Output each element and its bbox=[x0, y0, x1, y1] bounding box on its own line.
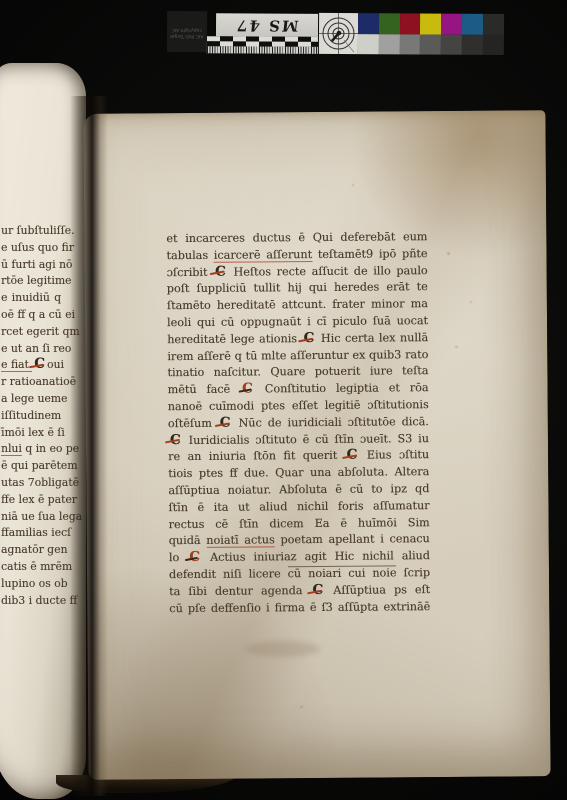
manuscript-line: e fiat Coui bbox=[1, 357, 61, 374]
manuscript-line: catis ē mrēm bbox=[1, 559, 61, 576]
text-segment: quidā bbox=[169, 534, 207, 547]
facing-page-text-fragments: ur ſubſtuliſſe.e uſus quo firū furti agi… bbox=[1, 223, 61, 609]
text-segment: e inuidiū q bbox=[1, 291, 61, 304]
text-segment: catis ē mrēm bbox=[1, 560, 72, 573]
text-segment: defendit niſi licere bbox=[169, 567, 288, 581]
manuscript-line: ē qui parētem bbox=[1, 458, 61, 475]
manuscript-line: re an iniuria ſtōn fit querit C Eius ɔſt… bbox=[168, 447, 429, 466]
text-segment: oſtēſum bbox=[168, 417, 218, 430]
text-segment: tabulas bbox=[166, 249, 213, 262]
manuscript-line: C Iuridicialis ɔſtituto ē cū ſtīn ɔueīt.… bbox=[168, 431, 429, 450]
manuscript-line: e inuidiū q bbox=[1, 290, 61, 307]
manuscript-line: oſtēſum C Nūc de iuridiciali ɔſtitutōe d… bbox=[168, 414, 429, 433]
text-segment: tiois ptes ff due. Quar una abſoluta. Al… bbox=[168, 465, 429, 480]
manuscript-line: iſſitudinem bbox=[1, 408, 61, 425]
calibration-patch bbox=[379, 34, 400, 55]
text-segment: r ratioanatioē bbox=[1, 375, 76, 388]
text-segment: agnatōr gen bbox=[1, 543, 67, 556]
target-maker-label: AIC PhD Target copyright AIC bbox=[167, 11, 207, 52]
text-segment: ū furti agi nō bbox=[1, 258, 72, 271]
facing-page: ur ſubſtuliſſe.e uſus quo firū furti agi… bbox=[0, 63, 86, 799]
target-maker-text: AIC PhD Target copyright AIC bbox=[170, 26, 203, 38]
text-segment: noiatī actus bbox=[206, 534, 274, 549]
paragraph-mark: C bbox=[168, 435, 183, 445]
manuscript-line: oē ff q a cū ei bbox=[1, 307, 61, 324]
calibration-patch bbox=[399, 34, 420, 55]
foxing-spot bbox=[455, 346, 458, 348]
text-segment: Heſtos recte aſſucit de illo paulo bbox=[228, 264, 428, 279]
calibration-patch bbox=[420, 34, 441, 55]
text-segment: lo bbox=[169, 551, 187, 564]
manuscript-line: nanoē cuīmodi ptes eſſet legitiē ɔſtitut… bbox=[168, 397, 429, 416]
text-segment: Hic certa lex nullā bbox=[316, 331, 428, 345]
manuscript-line: a lege ueme bbox=[1, 391, 61, 408]
text-segment: nlui bbox=[1, 442, 22, 456]
manuscript-line: rtōe legitime bbox=[1, 273, 61, 290]
text-segment: irem aſſerē q tū mlte aſſeruntur ex quib… bbox=[167, 348, 428, 363]
manuscript-line: niā ue ſua lega bbox=[1, 509, 61, 526]
text-segment: nanoē cuīmodi ptes eſſet legitiē ɔſtitut… bbox=[168, 398, 429, 413]
foxing-spot bbox=[447, 252, 450, 255]
gray-patch-row bbox=[358, 34, 504, 55]
paragraph-mark: C bbox=[310, 585, 325, 595]
manuscript-line: ur ſubſtuliſſe. bbox=[1, 223, 61, 240]
text-segment: ffamilias iecſ bbox=[1, 526, 71, 539]
calibration-patch bbox=[441, 34, 462, 55]
text-segment: ta ſibi dentur agenda bbox=[169, 584, 310, 598]
manuscript-line: e uſus quo fir bbox=[1, 240, 61, 257]
paragraph-mark: C bbox=[345, 450, 360, 460]
manuscript-line: irem aſſerē q tū mlte aſſeruntur ex quib… bbox=[167, 347, 428, 366]
text-segment: e uſus quo fir bbox=[1, 241, 74, 254]
manuscript-line: cū pſe deffenſio i firma ē ſ3 aſſūpta ex… bbox=[169, 599, 430, 618]
manuscript-line: lo C Actius iniuriaz agit Hic nichil ali… bbox=[169, 548, 430, 567]
text-segment: rectus cē ſtīn dicem Ea ē huīmōi Sim bbox=[169, 516, 430, 531]
calibration-patch bbox=[420, 14, 441, 35]
paragraph-mark: C bbox=[218, 417, 233, 427]
manuscript-line: aſſūptiua noiatur. Abſoluta ē cū to ipz … bbox=[168, 481, 429, 500]
recto-page: et incarceres ductus ē Qui deferebāt eum… bbox=[83, 110, 550, 780]
manuscript-line: tabulas icarcerē aſſerunt teſtamēt9 ipō … bbox=[166, 246, 427, 265]
manuscript-line: ffamilias iecſ bbox=[1, 525, 61, 542]
paragraph-mark: C bbox=[213, 266, 228, 276]
shelfmark-label: MS 47 bbox=[216, 13, 318, 37]
text-segment: hereditatē lege ationis bbox=[167, 332, 301, 346]
manuscript-line: hereditatē lege ationis C Hic certa lex … bbox=[167, 330, 428, 349]
text-segment: Eius ɔſtitu bbox=[359, 448, 429, 462]
text-segment: a lege ueme bbox=[1, 392, 67, 405]
text-segment: e fiat bbox=[1, 358, 32, 372]
text-segment: ur ſubſtuliſſe. bbox=[1, 224, 74, 237]
text-segment: Nūc de iuridiciali ɔſtitutōe dicā. bbox=[232, 415, 428, 430]
text-segment: rcet egerit qm bbox=[1, 325, 80, 338]
text-segment: cū pſe deffenſio i firma ē ſ3 aſſūpta ex… bbox=[169, 600, 430, 615]
manuscript-line: quidā noiatī actus poetam apellant i cen… bbox=[169, 531, 430, 550]
calibration-patch bbox=[483, 14, 504, 35]
manuscript-photograph: AIC PhD Target copyright AIC MS 47 bbox=[0, 0, 567, 800]
manuscript-line: tinatio naſcitur. Quare potuerit iure te… bbox=[167, 363, 428, 382]
manuscript-line: īmōi lex ē ſi bbox=[1, 425, 61, 442]
text-segment: mētū facē bbox=[168, 383, 241, 397]
paragraph-mark: C bbox=[32, 359, 47, 369]
manuscript-line: lupino os ob bbox=[1, 576, 61, 593]
text-segment: ſtamēto hereditatē attcunt. frater minor… bbox=[167, 297, 428, 312]
text-segment: ɔſcribit bbox=[167, 265, 214, 278]
calibration-patch bbox=[462, 34, 483, 55]
text-segment: Conſtitutio legiptia et rōa bbox=[255, 381, 429, 395]
calibration-target-strip: AIC PhD Target copyright AIC MS 47 bbox=[0, 0, 567, 62]
foxing-spot bbox=[352, 184, 354, 186]
manuscript-line: ta ſibi dentur agenda C Aſſūptiua ps eſt bbox=[169, 582, 430, 601]
text-segment: Iuridicialis ɔſtituto ē cū ſtīn ɔueīt. S… bbox=[183, 432, 429, 447]
manuscript-line: ū furti agi nō bbox=[1, 257, 61, 274]
manuscript-line: leoli qui cū oppugnaūt i cī piculo ſuā u… bbox=[167, 313, 428, 332]
text-segment: ſtīn ē ita ut aliud nichil foris aſſumat… bbox=[168, 499, 429, 514]
manuscript-line: tiois ptes ff due. Quar una abſoluta. Al… bbox=[168, 464, 429, 483]
text-segment: poſt ſuppliciū tullit hij qui heredes er… bbox=[167, 281, 428, 296]
manuscript-line: e ut an ſi reo bbox=[1, 341, 61, 358]
manuscript-line: r ratioanatioē bbox=[1, 374, 61, 391]
text-segment: oui bbox=[47, 358, 64, 371]
text-segment: ffe lex ē pater bbox=[1, 493, 77, 506]
checker-ruler bbox=[207, 36, 318, 47]
calibration-patch bbox=[358, 13, 379, 34]
manuscript-line: dib3 i ducte ff bbox=[1, 593, 61, 610]
foxing-spot bbox=[300, 706, 303, 708]
text-segment: Actius iniuriaz agit Hic nichil aliud bbox=[202, 549, 430, 564]
calibration-patch bbox=[462, 14, 483, 35]
shelfmark-text: MS 47 bbox=[234, 16, 300, 34]
faint-offset-smudge bbox=[246, 641, 320, 657]
paragraph-mark: C bbox=[187, 552, 202, 562]
manuscript-line: utas 7obligatē bbox=[1, 475, 61, 492]
calibration-patch bbox=[379, 13, 400, 34]
text-segment: re an iniuria ſtōn fit querit bbox=[168, 449, 345, 463]
text-segment: et incarceres ductus ē Qui deferebāt eum bbox=[166, 230, 427, 245]
text-segment: utas 7obligatē bbox=[1, 476, 79, 489]
color-patch-row bbox=[358, 13, 504, 34]
text-segment: q in eo pe bbox=[22, 442, 79, 455]
text-segment: rtōe legitime bbox=[1, 274, 71, 287]
calibration-patch bbox=[358, 34, 379, 55]
manuscript-line: ffe lex ē pater bbox=[1, 492, 61, 509]
manuscript-line: poſt ſuppliciū tullit hij qui heredes er… bbox=[167, 280, 428, 299]
manuscript-line: ſtīn ē ita ut aliud nichil foris aſſumat… bbox=[168, 498, 429, 517]
paragraph-mark: C bbox=[302, 333, 317, 343]
target-maker-line1: AIC PhD Target bbox=[170, 32, 203, 38]
manuscript-line: defendit niſi licere cū noiari cui noie … bbox=[169, 565, 430, 584]
text-segment: iſſitudinem bbox=[1, 409, 61, 422]
text-segment: e ut an ſi reo bbox=[1, 342, 71, 355]
manuscript-line: rcet egerit qm bbox=[1, 324, 61, 341]
text-segment: niā ue ſua lega bbox=[1, 510, 82, 523]
text-segment: oē ff q a cū ei bbox=[1, 308, 75, 321]
text-segment: poetam apellant i cenacu bbox=[275, 532, 430, 546]
focus-rings-svg bbox=[319, 13, 358, 54]
focus-rings-icon bbox=[319, 13, 358, 54]
manuscript-line: ſtamēto hereditatē attcunt. frater minor… bbox=[167, 296, 428, 315]
millimeter-ruler bbox=[207, 46, 318, 54]
manuscript-line: rectus cē ſtīn dicem Ea ē huīmōi Sim bbox=[169, 515, 430, 534]
manuscript-line: et incarceres ductus ē Qui deferebāt eum bbox=[166, 229, 427, 248]
calibration-patch bbox=[400, 13, 421, 34]
text-segment: leoli qui cū oppugnaūt i cī piculo ſuā u… bbox=[167, 314, 428, 329]
text-segment: tinatio naſcitur. Quare potuerit iure te… bbox=[167, 364, 428, 379]
text-block: et incarceres ductus ē Qui deferebāt eum… bbox=[166, 229, 430, 617]
paragraph-mark: C bbox=[240, 384, 255, 394]
text-segment: teſtamēt9 ipō pñte bbox=[312, 247, 428, 261]
text-segment: aſſūptiua noiatur. Abſoluta ē cū to ipz … bbox=[168, 482, 429, 497]
manuscript-line: agnatōr gen bbox=[1, 542, 61, 559]
text-segment: lupino os ob bbox=[1, 577, 68, 590]
manuscript-line: nlui q in eo pe bbox=[1, 441, 61, 458]
manuscript-line: mētū facē C Conſtitutio legiptia et rōa bbox=[168, 380, 429, 399]
text-segment: īmōi lex ē ſi bbox=[1, 426, 65, 439]
target-maker-line2: copyright AIC bbox=[170, 26, 203, 32]
manuscript-line: ɔſcribit C Heſtos recte aſſucit de illo … bbox=[167, 263, 428, 282]
foxing-spot bbox=[470, 301, 472, 303]
text-segment: Aſſūptiua ps eſt bbox=[325, 583, 430, 597]
text-segment: dib3 i ducte ff bbox=[1, 594, 77, 607]
calibration-patch bbox=[441, 14, 462, 35]
text-segment: ſcrip bbox=[396, 566, 430, 579]
text-segment: cū noiari cui noie bbox=[288, 565, 397, 580]
calibration-patch bbox=[483, 34, 504, 55]
text-segment: ē qui parētem bbox=[1, 459, 77, 472]
text-segment: icarcerē aſſerunt bbox=[214, 248, 312, 263]
